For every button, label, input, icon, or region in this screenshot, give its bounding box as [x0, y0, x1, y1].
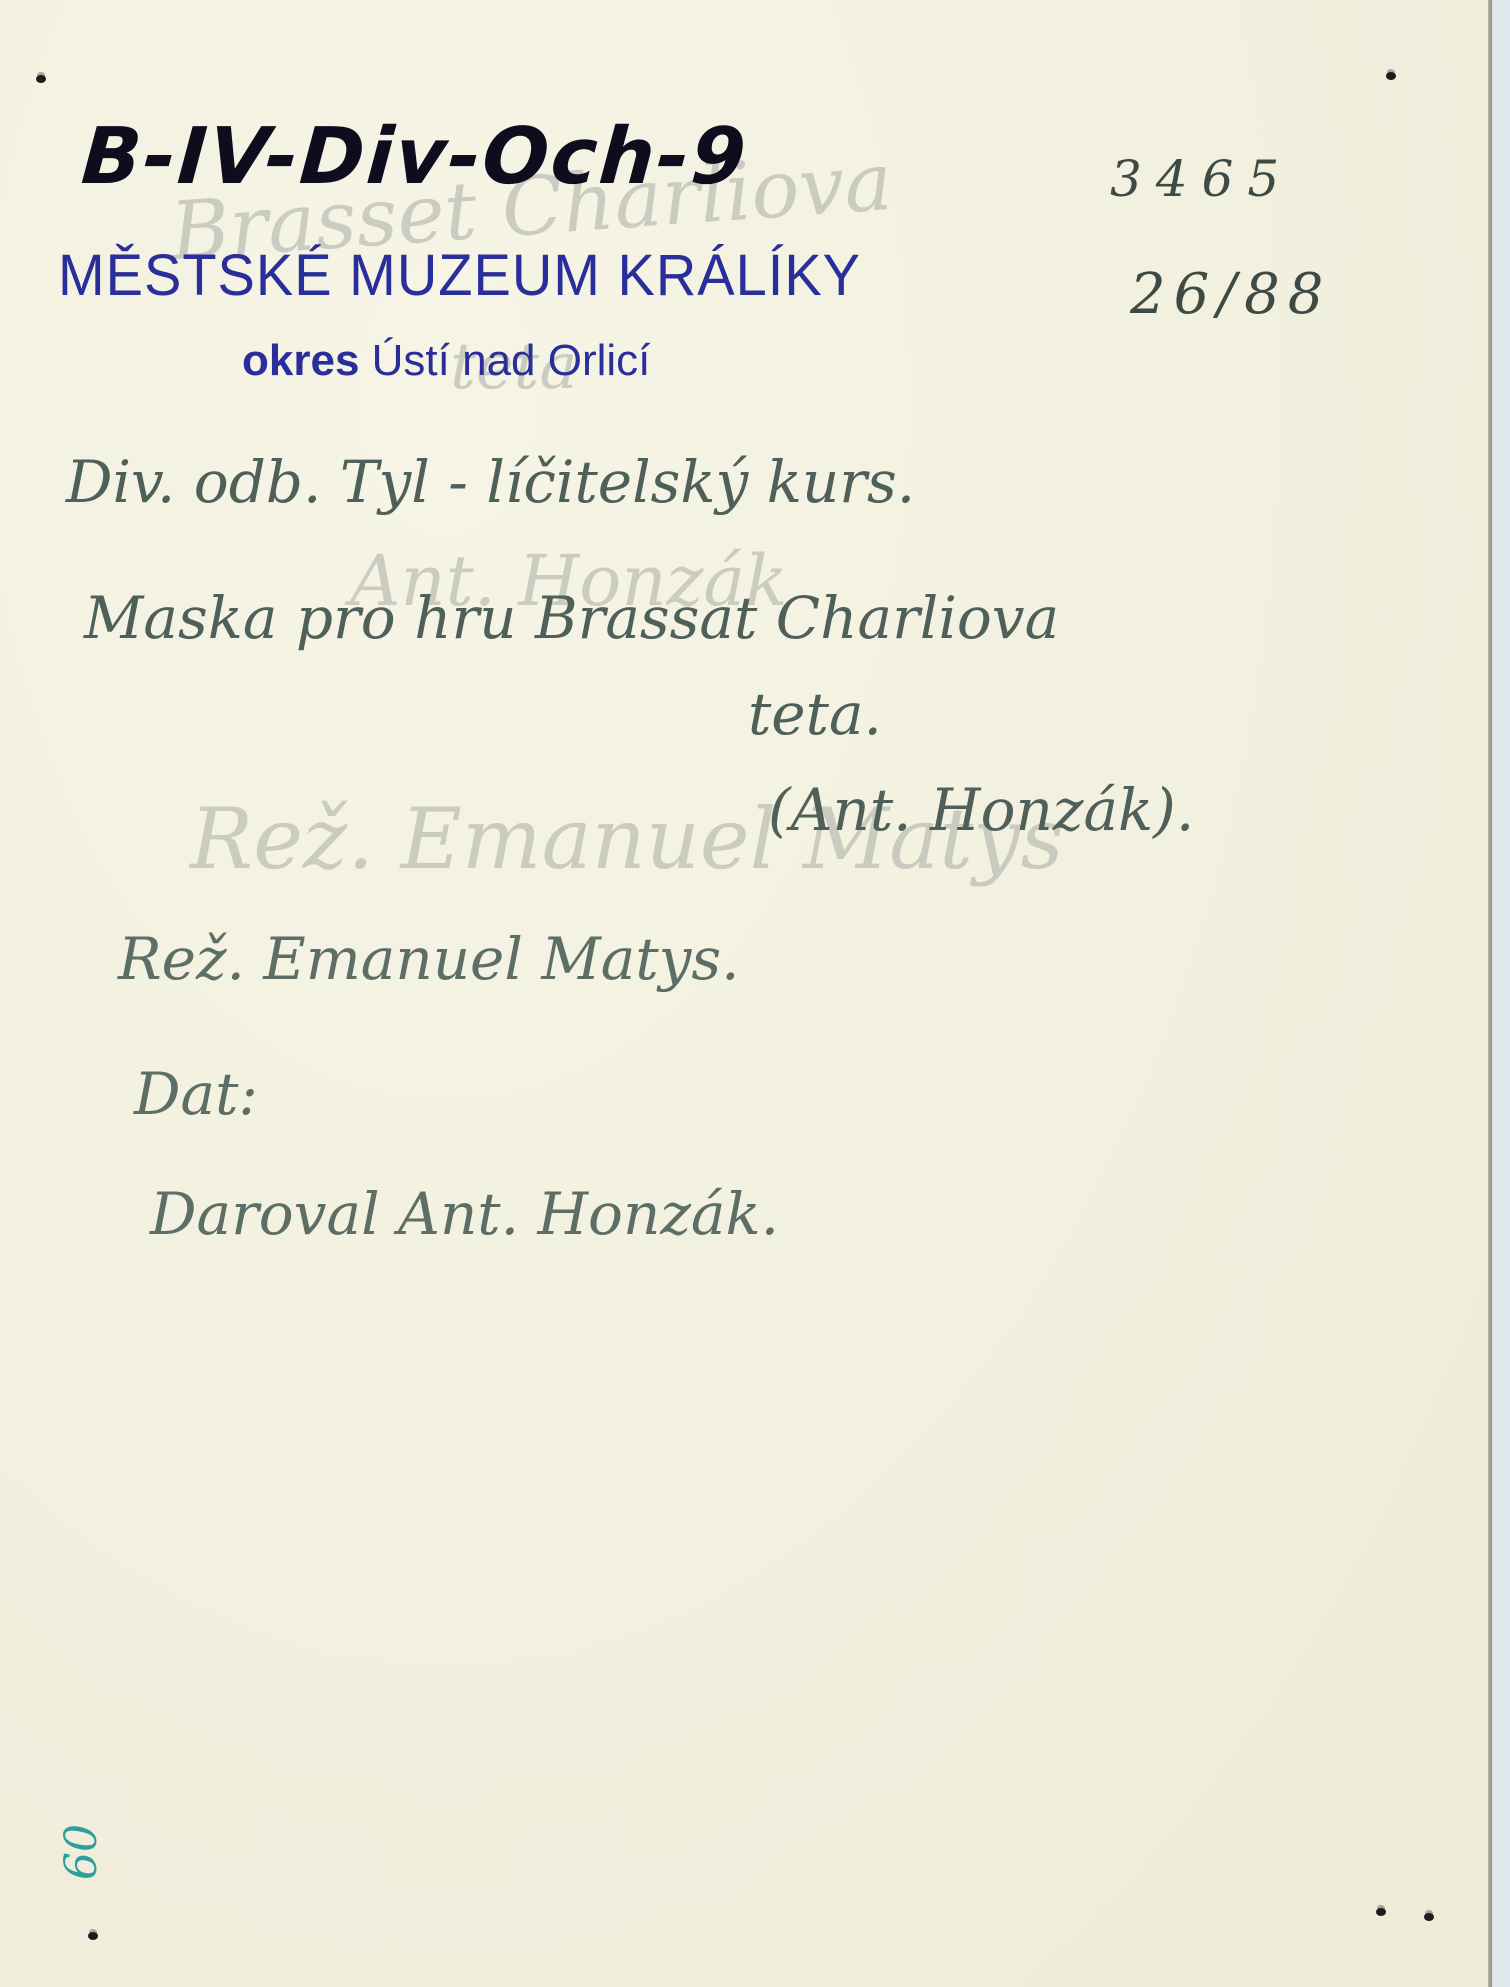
accession-number: 26/88 — [1130, 262, 1331, 327]
inventory-code: B-IV-Div-Och-9 — [79, 112, 751, 202]
pin-hole-top-left — [36, 75, 46, 83]
pin-hole-bottom-left — [88, 1932, 98, 1940]
stamp-district-prefix: okres — [242, 336, 359, 385]
note-line-5: Rež. Emanuel Matys. — [118, 925, 740, 993]
note-line-6: Dat: — [134, 1060, 258, 1128]
catalog-number: 3465 — [1110, 150, 1293, 208]
note-line-2: Maska pro hru Brassat Charliova — [84, 584, 1059, 652]
pin-hole-bottom-right-2 — [1424, 1913, 1434, 1921]
stamp-district-name: Ústí nad Orlicí — [372, 336, 651, 385]
note-line-1: Div. odb. Tyl - líčitelský kurs. — [66, 448, 915, 516]
museum-stamp-name: MĚSTSKÉ MUZEUM KRÁLÍKY — [58, 240, 861, 308]
scan-backdrop — [1492, 0, 1510, 1987]
note-line-3: teta. — [748, 680, 882, 748]
note-line-7: Daroval Ant. Honzák. — [150, 1180, 779, 1248]
pin-hole-top-right — [1386, 72, 1396, 80]
note-line-4: (Ant. Honzák). — [768, 776, 1194, 844]
museum-stamp-district: okres Ústí nad Orlicí — [242, 336, 650, 386]
margin-note: 60 — [56, 1824, 107, 1880]
pin-hole-bottom-right-1 — [1376, 1908, 1386, 1916]
